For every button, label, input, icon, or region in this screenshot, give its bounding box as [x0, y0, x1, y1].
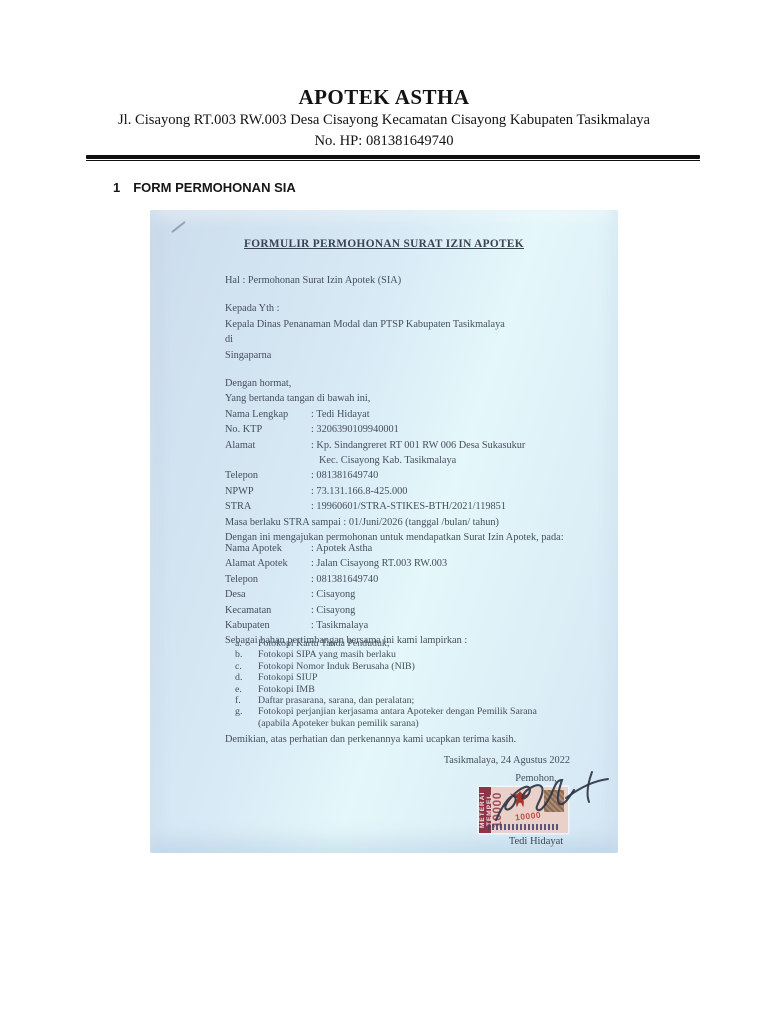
- field-row: STRA : 19960601/STRA-STIKES-BTH/2021/119…: [225, 499, 592, 514]
- attachment-text: Fotokopi SIUP: [258, 672, 563, 683]
- attachment-letter: d.: [235, 672, 258, 683]
- field-row: Nama Apotek : Apotek Astha: [225, 541, 592, 556]
- signature-stroke: [482, 766, 620, 836]
- attachment-item: f. Daftar prasarana, sarana, dan peralat…: [235, 695, 592, 706]
- recipient-line: Kepala Dinas Penanaman Modal dan PTSP Ka…: [225, 317, 592, 332]
- attachment-item: a. Fotokopi Kartu Tanda Penduduk;: [235, 638, 592, 649]
- attachment-text: Fotokopi Kartu Tanda Penduduk;: [258, 638, 563, 649]
- header-rule: [86, 155, 700, 161]
- attachment-letter: f.: [235, 695, 258, 706]
- attachment-text-line1: Fotokopi perjanjian kerjasama antara Apo…: [258, 706, 537, 717]
- pharmacy-block: Nama Apotek : Apotek Astha Alamat Apotek…: [225, 541, 592, 649]
- applicant-block: Dengan hormat, Yang bertanda tangan di b…: [225, 376, 592, 545]
- field-row: Kecamatan : Cisayong: [225, 603, 592, 618]
- field-value: : Kp. Sindangreret RT 001 RW 006 Desa Su…: [311, 438, 592, 453]
- document-page: APOTEK ASTHA Jl. Cisayong RT.003 RW.003 …: [0, 0, 768, 1024]
- field-label: Nama Apotek: [225, 541, 311, 556]
- field-value: Kec. Cisayong Kab. Tasikmalaya: [311, 453, 592, 468]
- scan-content: FORMULIR PERMOHONAN SURAT IZIN APOTEK Ha…: [150, 210, 618, 853]
- field-row: Telepon : 081381649740: [225, 572, 592, 587]
- field-value: : Cisayong: [311, 603, 592, 618]
- field-label: Alamat Apotek: [225, 556, 311, 571]
- field-row: NPWP : 73.131.166.8-425.000: [225, 484, 592, 499]
- header-rule-thin-line: [86, 160, 700, 161]
- field-label: No. KTP: [225, 422, 311, 437]
- field-value: : Jalan Cisayong RT.003 RW.003: [311, 556, 592, 571]
- field-value: : 19960601/STRA-STIKES-BTH/2021/119851: [311, 499, 592, 514]
- attachment-item: g. Fotokopi perjanjian kerjasama antara …: [235, 706, 592, 729]
- field-row: Alamat Apotek : Jalan Cisayong RT.003 RW…: [225, 556, 592, 571]
- salutation: Dengan hormat,: [225, 376, 592, 391]
- pen-mark-icon: [171, 221, 186, 233]
- attachment-text: Fotokopi SIPA yang masih berlaku: [258, 649, 563, 660]
- field-label: [225, 453, 311, 468]
- pharmacy-phone: No. HP: 081381649740: [0, 131, 768, 151]
- field-label: NPWP: [225, 484, 311, 499]
- attachments-list: a. Fotokopi Kartu Tanda Penduduk; b. Fot…: [235, 638, 592, 729]
- field-row: Kabupaten : Tasikmalaya: [225, 618, 592, 633]
- recipient-line: Singaparna: [225, 348, 592, 363]
- attachment-text: Fotokopi IMB: [258, 684, 563, 695]
- letter-opening-block: Hal : Permohonan Surat Izin Apotek (SIA)…: [225, 273, 592, 363]
- document-scan: FORMULIR PERMOHONAN SURAT IZIN APOTEK Ha…: [150, 210, 618, 853]
- attachment-letter: e.: [235, 684, 258, 695]
- page-title: APOTEK ASTHA: [0, 84, 768, 110]
- field-label: Nama Lengkap: [225, 407, 311, 422]
- field-value: : Tasikmalaya: [311, 618, 592, 633]
- field-value: : Cisayong: [311, 587, 592, 602]
- closing-line: Demikian, atas perhatian dan perkenannya…: [225, 734, 592, 745]
- field-label: Kabupaten: [225, 618, 311, 633]
- section-heading: 1 FORM PERMOHONAN SIA: [113, 180, 296, 195]
- section-title: FORM PERMOHONAN SIA: [133, 180, 296, 195]
- attachment-letter: g.: [235, 706, 258, 729]
- recipient-line: Kepada Yth :: [225, 301, 592, 316]
- signer-name: Tedi Hidayat: [488, 836, 584, 847]
- field-row: Kec. Cisayong Kab. Tasikmalaya: [225, 453, 592, 468]
- field-value: : Apotek Astha: [311, 541, 592, 556]
- pharmacy-address: Jl. Cisayong RT.003 RW.003 Desa Cisayong…: [0, 110, 768, 131]
- field-row: Nama Lengkap : Tedi Hidayat: [225, 407, 592, 422]
- field-label: Desa: [225, 587, 311, 602]
- section-number: 1: [113, 180, 120, 195]
- attachment-letter: c.: [235, 661, 258, 672]
- field-row: No. KTP : 3206390109940001: [225, 422, 592, 437]
- header-rule-thick-line: [86, 155, 700, 159]
- field-label: Kecamatan: [225, 603, 311, 618]
- attachment-text-line2: (apabila Apoteker bukan pemilik sarana): [258, 718, 419, 729]
- attachment-item: d. Fotokopi SIUP: [235, 672, 592, 683]
- field-row: Desa : Cisayong: [225, 587, 592, 602]
- field-value: : 3206390109940001: [311, 422, 592, 437]
- attachment-letter: a.: [235, 638, 258, 649]
- field-value: : 73.131.166.8-425.000: [311, 484, 592, 499]
- intro-line: Yang bertanda tangan di bawah ini,: [225, 391, 592, 406]
- attachment-letter: b.: [235, 649, 258, 660]
- recipient-line: di: [225, 332, 592, 347]
- field-label: Alamat: [225, 438, 311, 453]
- field-label: Telepon: [225, 468, 311, 483]
- place-date: Tasikmalaya, 24 Agustus 2022: [444, 755, 570, 766]
- field-label: Telepon: [225, 572, 311, 587]
- field-label: STRA: [225, 499, 311, 514]
- attachment-text: Fotokopi perjanjian kerjasama antara Apo…: [258, 706, 563, 729]
- letter-title: FORMULIR PERMOHONAN SURAT IZIN APOTEK: [150, 238, 618, 250]
- attachment-item: c. Fotokopi Nomor Induk Berusaha (NIB): [235, 661, 592, 672]
- attachment-text: Daftar prasarana, sarana, dan peralatan;: [258, 695, 563, 706]
- attachment-text: Fotokopi Nomor Induk Berusaha (NIB): [258, 661, 563, 672]
- stra-validity-line: Masa berlaku STRA sampai : 01/Juni/2026 …: [225, 515, 592, 530]
- attachment-item: b. Fotokopi SIPA yang masih berlaku: [235, 649, 592, 660]
- attachment-item: e. Fotokopi IMB: [235, 684, 592, 695]
- letterhead: APOTEK ASTHA Jl. Cisayong RT.003 RW.003 …: [0, 84, 768, 151]
- field-value: : 081381649740: [311, 468, 592, 483]
- field-row: Alamat : Kp. Sindangreret RT 001 RW 006 …: [225, 438, 592, 453]
- field-value: : Tedi Hidayat: [311, 407, 592, 422]
- field-row: Telepon : 081381649740: [225, 468, 592, 483]
- field-value: : 081381649740: [311, 572, 592, 587]
- letter-subject: Hal : Permohonan Surat Izin Apotek (SIA): [225, 273, 592, 288]
